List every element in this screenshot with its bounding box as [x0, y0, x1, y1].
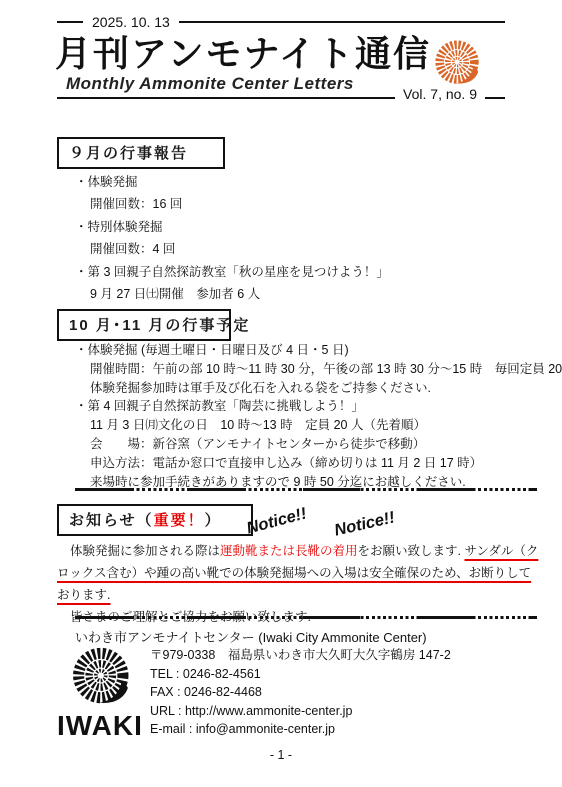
september-report-list: ・体験発掘 開催回数：16 回 ・特別体験発掘 開催回数：4 回 ・第 3 回親… — [75, 171, 389, 305]
schedule-line: 体験発掘参加時は軍手及び化石を入れる袋をご持参ください. — [75, 379, 562, 398]
report-line: 9 月 27 日㈯開催 参加者 6 人 — [75, 283, 389, 305]
header-rule-top — [179, 21, 505, 24]
section-divider — [75, 488, 537, 491]
schedule-line: 会 場：新谷窯（アンモナイトセンターから徒歩で移動） — [75, 435, 562, 454]
postal-address: 〒979-0338 福島県いわき市大久町大久字鶴房 147-2 — [150, 646, 451, 665]
schedule-line: ・体験発掘 (毎週土曜日・日曜日及び 4 日・5 日) — [75, 341, 562, 360]
newsletter-page: 2025. 10. 13 月刊アンモナイト通信 Monthly Ammonite… — [0, 0, 562, 787]
header-date-row: 2025. 10. 13 — [57, 14, 505, 30]
email-address: E-mail : info@ammonite-center.jp — [150, 720, 451, 739]
schedule-line: 11 月 3 日㈪文化の日 10 時～13 時 定員 20 人（先着順） — [75, 416, 562, 435]
newsletter-title: 月刊アンモナイト通信 — [55, 31, 431, 76]
notice-heading-suffix: ） — [205, 512, 222, 529]
ammonite-shell-icon — [433, 39, 483, 89]
notice-heading-prefix: お知らせ（ — [69, 512, 154, 529]
notice-text: 体験発掘に参加される際は — [70, 544, 220, 558]
header-volume-row: Vol. 7, no. 9 — [57, 86, 505, 102]
schedule-list: ・体験発掘 (毎週土曜日・日曜日及び 4 日・5 日) 開催時間：午前の部 10… — [75, 341, 562, 491]
schedule-line: ・第 4 回親子自然探訪教室「陶芸に挑戦しよう！」 — [75, 397, 562, 416]
schedule-line: 申込方法：電話か窓口で直接申し込み（締め切りは 11 月 2 日 17 時） — [75, 454, 562, 473]
notice-stamp: Notice!! — [245, 504, 309, 538]
header-dash-left — [57, 21, 83, 24]
issue-date: 2025. 10. 13 — [92, 14, 170, 30]
section-divider — [75, 616, 537, 619]
section-heading-schedule: 10 月･11 月の行事予定 — [57, 309, 231, 341]
section-heading-notice: お知らせ（重要！） — [57, 504, 253, 536]
website-url: URL : http://www.ammonite-center.jp — [150, 702, 451, 721]
notice-text-emphasis-red: 運動靴または長靴の着用 — [220, 544, 358, 558]
report-line: ・特別体験発掘 — [75, 216, 389, 238]
volume-label: Vol. 7, no. 9 — [403, 86, 477, 102]
report-line: ・第 3 回親子自然探訪教室「秋の星座を見つけよう！」 — [75, 261, 389, 283]
notice-paragraph: 体験発掘に参加される際は運動靴または長靴の着用をお願い致します. サンダル（クロ… — [57, 540, 539, 628]
report-line: 開催回数：16 回 — [75, 193, 389, 215]
fax-number: FAX : 0246-82-4468 — [150, 683, 451, 702]
header-rule-bottom — [57, 97, 395, 99]
report-line: 開催回数：4 回 — [75, 238, 389, 260]
section-heading-september-report: ９月の行事報告 — [57, 137, 225, 169]
notice-text: をお願い致します. — [358, 544, 465, 558]
report-line: ・体験発掘 — [75, 171, 389, 193]
page-number: - 1 - — [0, 748, 562, 762]
contact-info: 〒979-0338 福島県いわき市大久町大久字鶴房 147-2 TEL : 02… — [150, 646, 451, 739]
header-dash-right — [485, 97, 505, 100]
organization-name: いわき市アンモナイトセンター (Iwaki City Ammonite Cent… — [75, 627, 427, 646]
schedule-line: 開催時間：午前の部 10 時～11 時 30 分，午後の部 13 時 30 分～… — [75, 360, 562, 379]
ammonite-logo-icon — [60, 646, 144, 710]
tel-number: TEL : 0246-82-4561 — [150, 665, 451, 684]
notice-stamp: Notice!! — [333, 508, 397, 540]
notice-heading-important: 重要！ — [154, 512, 205, 529]
